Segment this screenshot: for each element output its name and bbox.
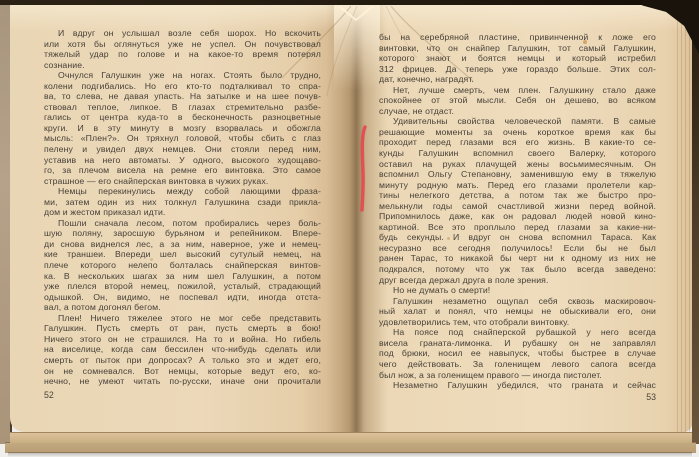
text-line: был нож, а за голенищем правого — иногда… bbox=[379, 370, 656, 381]
text-line: 312 фрицев. Да теперь уже гораздо больше… bbox=[379, 64, 656, 75]
text-line: мысль: «Плен?». Он тряхнул головой, чтоб… bbox=[44, 133, 321, 144]
text-line: страшное — его снайперская винтовка в чу… bbox=[44, 176, 321, 187]
page-number-right: 53 bbox=[379, 392, 656, 402]
text-line: Галушкин. Пусть смерть от ран, пусть сме… bbox=[44, 323, 321, 334]
text-line: тяжелый удар по голове и на какое-то вре… bbox=[44, 49, 321, 60]
text-line: висела граната-лимонка. И рубашку он не … bbox=[379, 338, 656, 349]
text-line: Удивительны свойства человеческой памяти… bbox=[379, 116, 656, 127]
text-line: ный халат и понял, что немцы не обыскива… bbox=[379, 306, 656, 317]
text-line: друг всегда держал друга в поле зрения. bbox=[379, 275, 656, 286]
text-line: вспомнил Ольгу Степановну, заменившую ем… bbox=[379, 169, 656, 180]
text-line: ми, затем один из них толкнул Галушкина … bbox=[44, 197, 321, 208]
text-line: Плен! Ничего тяжелее этого не мог себе п… bbox=[44, 313, 321, 324]
text-line: Очнулся Галушкин уже на ногах. Стоять бы… bbox=[44, 70, 321, 81]
text-line: уже плелся второй немец, пожилой, усталы… bbox=[44, 281, 321, 292]
text-line: шую поляну, заросшую бурьяном и репейник… bbox=[44, 228, 321, 239]
book-spread: И вдруг он услышал возле себя шорох. Но … bbox=[0, 0, 699, 457]
text-line: Незаметно Галушкин убедился, что граната… bbox=[379, 380, 656, 391]
text-line: кие траншеи. Впереди шел высокий сутулый… bbox=[44, 249, 321, 260]
text-line: плече которого нелепо болталась снайперс… bbox=[44, 260, 321, 271]
text-line: решающие моменты за очень короткое время… bbox=[379, 127, 656, 138]
text-line: он не сомневался. Вот немцы, которые вед… bbox=[44, 366, 321, 377]
text-line: Немцы перекинулись между собой лающими ф… bbox=[44, 186, 321, 197]
text-line: проходит перед глазами вся его жизнь. В … bbox=[379, 137, 656, 148]
text-line: или хотя бы оглянуться уже не успел. Он … bbox=[44, 39, 321, 50]
text-line: круги. И в эту минуту в мозгу взорвалась… bbox=[44, 123, 321, 134]
text-line: пелену и увидел двух немцев. Они стояли … bbox=[44, 144, 321, 155]
text-line: одышкой. Он, видимо, не поспевал идти, и… bbox=[44, 292, 321, 303]
text-line: случае, не отдаст. bbox=[379, 106, 656, 117]
text-line: И вдруг он услышал возле себя шорох. Но … bbox=[44, 28, 321, 39]
text-line: спокойнее от этой мысли. Себя он дешево,… bbox=[379, 95, 656, 106]
text-line: несуразно все сегодня получилось! Если б… bbox=[379, 243, 656, 254]
text-line: смерть от пыток при допросах? А только э… bbox=[44, 355, 321, 366]
text-line: Галушкин незаметно ощупал себя сквозь ма… bbox=[379, 296, 656, 307]
text-line: подкрался, потому что уж так было всегда… bbox=[379, 264, 656, 275]
text-line: винтовки, что он снайпер Галушкин, тот с… bbox=[379, 43, 656, 54]
text-line: картиной. Все это проплыло перед глазами… bbox=[379, 222, 656, 233]
page-edges-bottom bbox=[10, 432, 692, 443]
text-line: нечно, не умеют читать по-русски, иначе … bbox=[44, 376, 321, 387]
text-line: кунды Галушкин вспомнил своего Валерку, … bbox=[379, 148, 656, 159]
right-page-text: бы на серебряной пластине, привинченной … bbox=[379, 32, 656, 391]
text-line: ствовал теплое, липкое. В глазах стремит… bbox=[44, 102, 321, 113]
left-page-text: И вдруг он услышал возле себя шорох. Но … bbox=[44, 28, 321, 387]
text-line: Нет, лучше смерть, чем плен. Галушкину с… bbox=[379, 85, 656, 96]
cover-edge-right bbox=[692, 4, 699, 444]
text-line: дом и жестом приказал идти. bbox=[44, 207, 321, 218]
text-line: дат, конечно, наградят. bbox=[379, 74, 656, 85]
text-line: ди снова виднелся лес, а за ним, наверно… bbox=[44, 239, 321, 250]
text-line: гались от центра куда-то в бесконечность… bbox=[44, 112, 321, 123]
text-line: ка. В нескольких шагах за ним шел Галушк… bbox=[44, 271, 321, 282]
text-line: Ничего этого он не страшился. На то и во… bbox=[44, 334, 321, 345]
text-line: тины нелегкого детства, а потом так же б… bbox=[379, 190, 656, 201]
text-line: которого знают и боятся немцы и который … bbox=[379, 53, 656, 64]
text-line: уставив на него автоматы. У одного, высо… bbox=[44, 155, 321, 166]
text-line: минуту родную мать. Перед его глазами пр… bbox=[379, 180, 656, 191]
text-line: ва, то слева, не давая упасть. На затылк… bbox=[44, 91, 321, 102]
text-line: на виселице, когда сам бессилен что-нибу… bbox=[44, 344, 321, 355]
text-line: будь секунды. И вдруг он снова вспомнил … bbox=[379, 232, 656, 243]
text-line: На поясе под снайперской рубашкой у него… bbox=[379, 327, 656, 338]
text-line: мелькнули годы самой счастливой жизни пе… bbox=[379, 201, 656, 212]
text-line: вал, а потом догонял бегом. bbox=[44, 302, 321, 313]
text-line: Но не думать о смерти! bbox=[379, 285, 656, 296]
text-line: оставил на руках плачущей жены восьмимес… bbox=[379, 159, 656, 170]
text-line: Пошли сначала лесом, потом пробирались ч… bbox=[44, 218, 321, 229]
text-line: колени подгибались. Но его кто-то подтал… bbox=[44, 81, 321, 92]
text-line: сознание. bbox=[44, 60, 321, 71]
text-line: го, за плечом висела на ремне его винтов… bbox=[44, 165, 321, 176]
text-line: удовлетворились тем, что отобрали винтов… bbox=[379, 317, 656, 328]
text-line: ранен Тарас, то никакой бы черт ни к одн… bbox=[379, 253, 656, 264]
page-number-left: 52 bbox=[44, 390, 54, 400]
text-line: под брюки, носил ее навыпуск, чтобы быст… bbox=[379, 348, 656, 359]
book-shadow bbox=[8, 452, 692, 457]
text-line: Припомнилось даже, как он радовал людей … bbox=[379, 211, 656, 222]
text-line: бы на серебряной пластине, привинченной … bbox=[379, 32, 656, 43]
text-line: чего действовать. За голенищем левого са… bbox=[379, 359, 656, 370]
